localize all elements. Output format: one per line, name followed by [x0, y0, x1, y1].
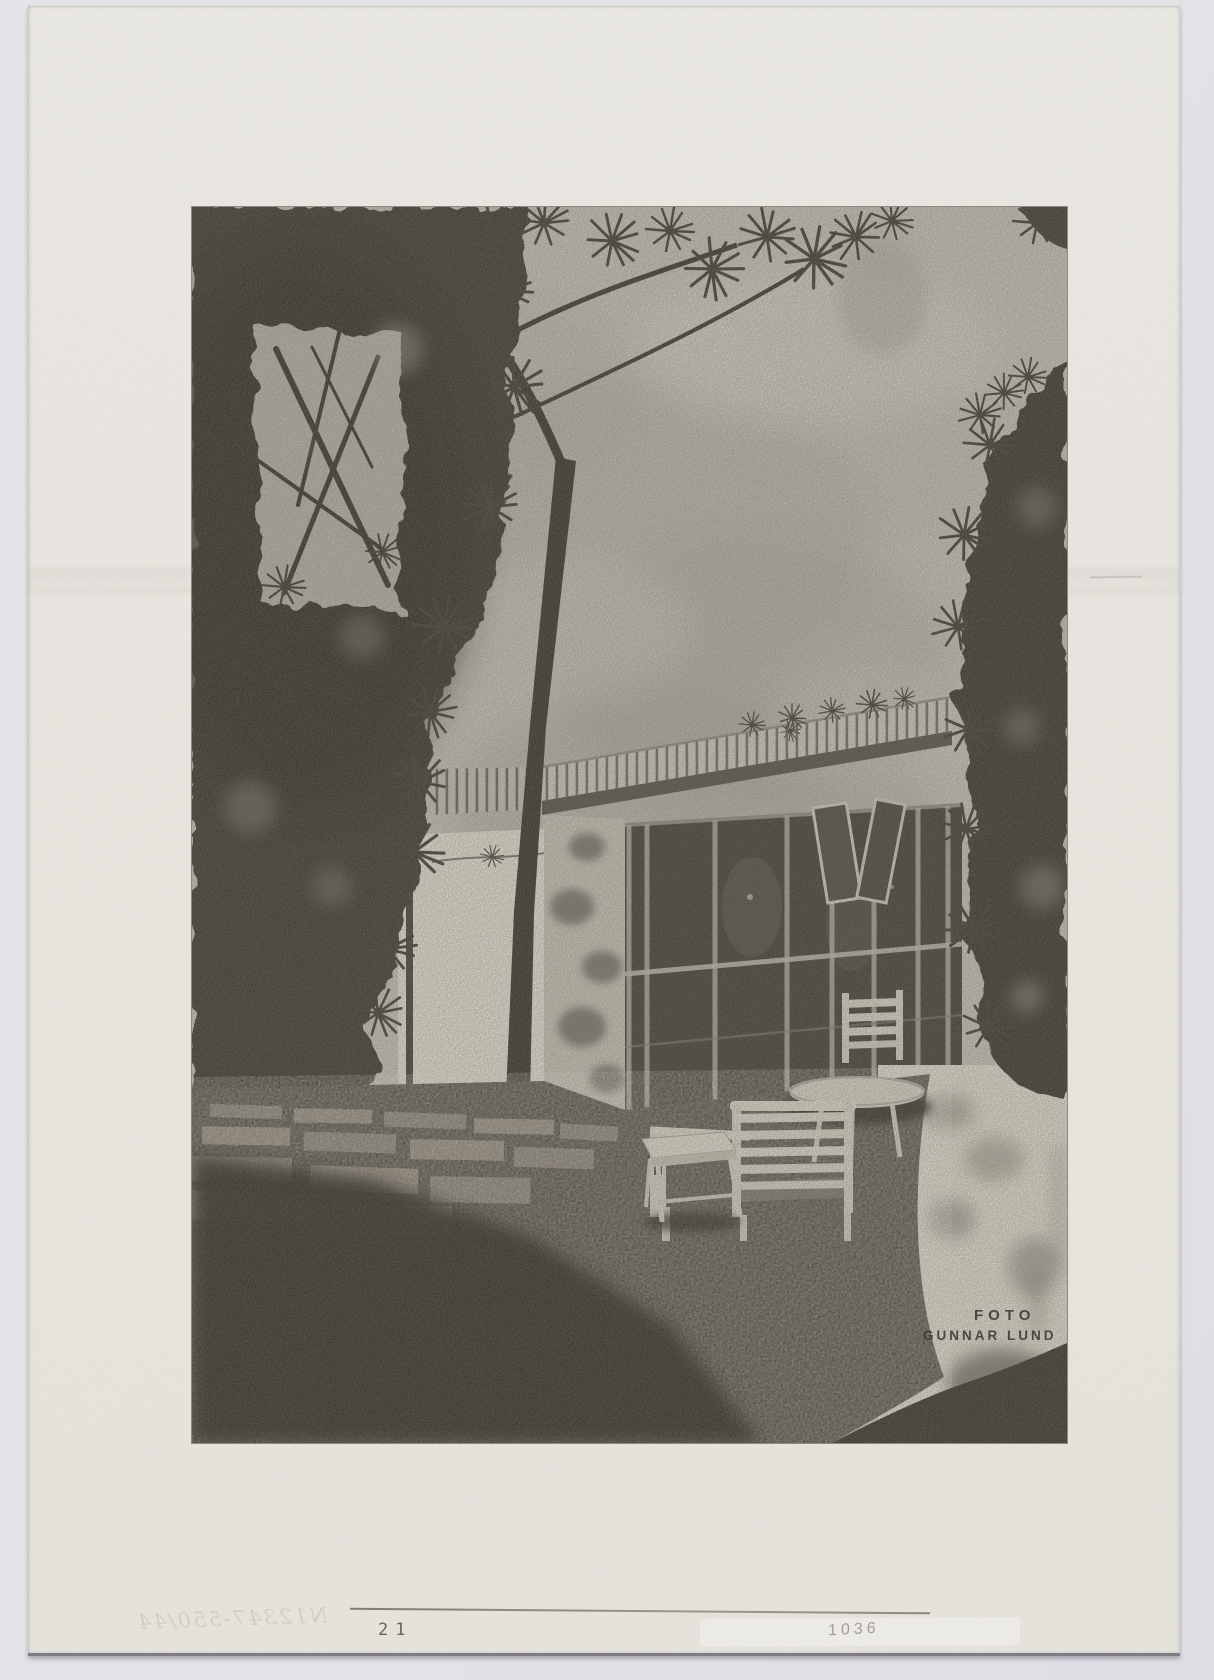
photo-grain [192, 207, 1067, 1443]
paper-sheet: FOTO GUNNAR LUND 21 1036 N12347-550/44 [28, 6, 1180, 1656]
scan-background: FOTO GUNNAR LUND 21 1036 N12347-550/44 [0, 0, 1214, 1680]
page-number: 21 [378, 1620, 412, 1640]
photo-print: FOTO GUNNAR LUND [192, 207, 1067, 1443]
reference-number: 1036 [828, 1620, 880, 1641]
caption-rule [350, 1608, 930, 1614]
photographer-stamp-line2: GUNNAR LUND [923, 1328, 1057, 1343]
photo-scene [192, 207, 1067, 1443]
bleedthrough-text: N12347-550/44 [58, 1603, 329, 1636]
photographer-stamp-line1: FOTO [974, 1307, 1035, 1324]
